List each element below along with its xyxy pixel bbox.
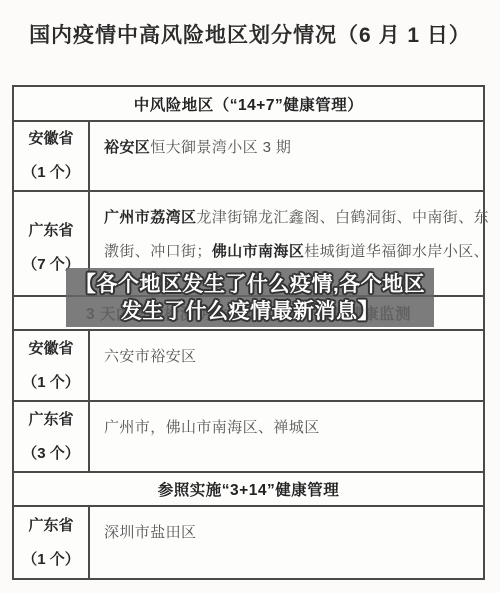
section-header-mid-risk: 中风险地区（“14+7”健康管理） — [14, 87, 483, 122]
place-detail: 恒大御景湾小区 3 期 — [150, 139, 291, 156]
table-row-guangdong-ref: 广东省 （3 个） 广州市，佛山市南海区、禅城区 — [14, 402, 483, 473]
province-name: 安徽省 — [28, 122, 73, 156]
table-row-anhui-mid: 安徽省 （1 个） 裕安区恒大御景湾小区 3 期 — [14, 122, 483, 192]
province-name: 广东省 — [28, 403, 73, 437]
province-name: 广东省 — [28, 509, 73, 543]
detail-cell: 广州市，佛山市南海区、禅城区 — [90, 402, 483, 471]
place-detail-line: 漖街、冲口街；佛山市南海区桂城街道华福御水岸小区、 — [104, 235, 489, 269]
province-cell: 广东省 （1 个） — [14, 507, 90, 578]
province-name: 安徽省 — [28, 332, 73, 366]
province-count: （3 个） — [22, 437, 80, 471]
place-detail-line: 广州市荔湾区龙津街锦龙汇鑫阁、白鹤洞街、中南街、东 — [104, 201, 489, 235]
watermark-line-1: 【各个地区发生了什么疫情,各个地区 — [75, 271, 425, 298]
detail-cell: 裕安区恒大御景湾小区 3 期 — [90, 122, 483, 190]
province-cell: 安徽省 （1 个） — [14, 331, 90, 400]
section-header-3plus14: 参照实施“3+14”健康管理 — [14, 473, 483, 507]
place-detail: 六安市裕安区 — [104, 348, 196, 365]
province-count: （1 个） — [22, 156, 80, 190]
watermark-line-2: 发生了什么疫情最新消息】 — [121, 298, 379, 325]
province-name: 广东省 — [28, 214, 73, 248]
table-row-shenzhen-ref: 广东省 （1 个） 深圳市盐田区 — [14, 507, 483, 578]
detail-cell: 六安市裕安区 — [90, 331, 483, 400]
place-detail: 广州市，佛山市南海区、禅城区 — [104, 419, 320, 436]
district-name: 佛山市南海区 — [212, 243, 304, 260]
table-row-anhui-ref: 安徽省 （1 个） 六安市裕安区 — [14, 331, 483, 402]
province-count: （1 个） — [22, 543, 80, 577]
page-title: 国内疫情中高风险地区划分情况（6 月 1 日） — [0, 19, 500, 49]
province-cell: 安徽省 （1 个） — [14, 122, 90, 190]
document-page: 国内疫情中高风险地区划分情况（6 月 1 日） 中风险地区（“14+7”健康管理… — [0, 0, 500, 593]
risk-area-table: 中风险地区（“14+7”健康管理） 安徽省 （1 个） 裕安区恒大御景湾小区 3… — [12, 85, 485, 580]
watermark-overlay: 【各个地区发生了什么疫情,各个地区 发生了什么疫情最新消息】 — [66, 268, 434, 327]
detail-cell: 深圳市盐田区 — [90, 507, 483, 578]
district-name: 裕安区 — [104, 139, 150, 156]
province-cell: 广东省 （3 个） — [14, 402, 90, 471]
district-name: 广州市荔湾区 — [104, 209, 196, 226]
province-count: （1 个） — [22, 366, 80, 400]
place-detail: 深圳市盐田区 — [104, 524, 196, 541]
